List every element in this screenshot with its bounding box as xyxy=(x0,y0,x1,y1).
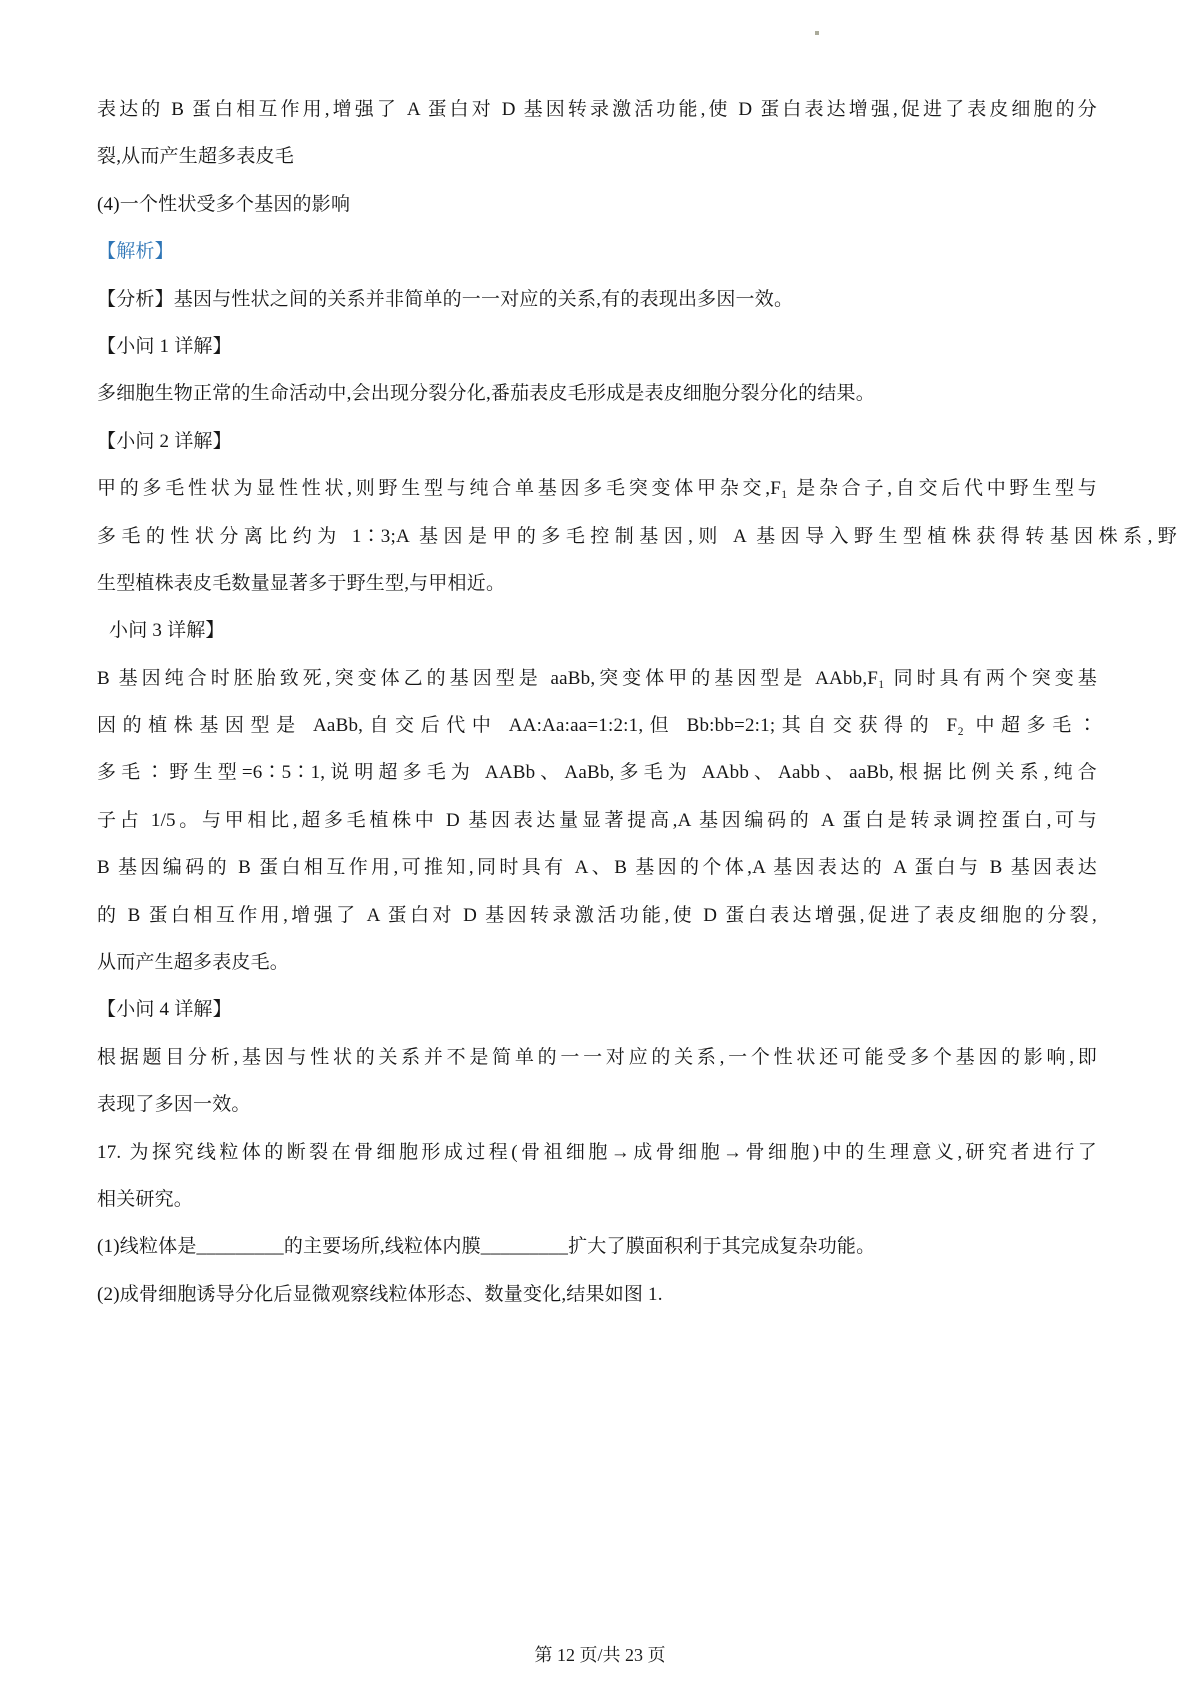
subquestion-3-heading: 小问 3 详解】 xyxy=(97,607,1097,654)
subquestion-1-heading: 【小问 1 详解】 xyxy=(97,323,1097,370)
page-number-footer: 第 12 页/共 23 页 xyxy=(0,1642,1200,1668)
scan-artifact-dot xyxy=(815,31,819,35)
text-line: 子占 1/5。与甲相比,超多毛植株中 D 基因表达量显著提高,A 基因编码的 A… xyxy=(97,797,1097,844)
subquestion-2-heading: 【小问 2 详解】 xyxy=(97,418,1097,465)
question-17-part1: (1)线粒体是_________的主要场所,线粒体内膜_________扩大了膜… xyxy=(97,1223,1097,1270)
text-line: 因的植株基因型是 AaBb,自交后代中 AA:Aa:aa=1:2:1,但 Bb:… xyxy=(97,702,1097,749)
text-line: 根据题目分析,基因与性状的关系并不是简单的一一对应的关系,一个性状还可能受多个基… xyxy=(97,1034,1097,1081)
text-line: 甲的多毛性状为显性性状,则野生型与纯合单基因多毛突变体甲杂交,F₁ 是杂合子,自… xyxy=(97,465,1097,512)
text-line: 多毛的性状分离比约为 1∶3;A 基因是甲的多毛控制基因,则 A 基因导入野生型… xyxy=(97,513,1177,560)
analysis-heading: 【解析】 xyxy=(97,228,1097,275)
text-line: (4)一个性状受多个基因的影响 xyxy=(97,181,1097,228)
text-line: 生型植株表皮毛数量显著多于野生型,与甲相近。 xyxy=(97,560,1097,607)
text-line: 相关研究。 xyxy=(97,1176,1097,1223)
text-line: 的 B 蛋白相互作用,增强了 A 蛋白对 D 基因转录激活功能,使 D 蛋白表达… xyxy=(97,892,1097,939)
text-line: 【分析】基因与性状之间的关系并非简单的一一对应的关系,有的表现出多因一效。 xyxy=(97,276,1097,323)
text-line: B 基因编码的 B 蛋白相互作用,可推知,同时具有 A、B 基因的个体,A 基因… xyxy=(97,844,1097,891)
text-line: 裂,从而产生超多表皮毛 xyxy=(97,133,1097,180)
question-17-part2: (2)成骨细胞诱导分化后显微观察线粒体形态、数量变化,结果如图 1. xyxy=(97,1271,1097,1318)
text-line: 多毛∶野生型=6∶5∶1,说明超多毛为 AABb、AaBb,多毛为 AAbb、A… xyxy=(97,749,1097,796)
document-page: 表达的 B 蛋白相互作用,增强了 A 蛋白对 D 基因转录激活功能,使 D 蛋白… xyxy=(97,86,1097,1318)
text-line: B 基因纯合时胚胎致死,突变体乙的基因型是 aaBb,突变体甲的基因型是 AAb… xyxy=(97,655,1097,702)
text-line: 表达的 B 蛋白相互作用,增强了 A 蛋白对 D 基因转录激活功能,使 D 蛋白… xyxy=(97,86,1097,133)
subquestion-4-heading: 【小问 4 详解】 xyxy=(97,986,1097,1033)
question-17-stem: 17. 为探究线粒体的断裂在骨细胞形成过程(骨祖细胞→成骨细胞→骨细胞)中的生理… xyxy=(97,1129,1097,1176)
text-line: 多细胞生物正常的生命活动中,会出现分裂分化,番茄表皮毛形成是表皮细胞分裂分化的结… xyxy=(97,370,1097,417)
text-line: 从而产生超多表皮毛。 xyxy=(97,939,1097,986)
text-line: 表现了多因一效。 xyxy=(97,1081,1097,1128)
